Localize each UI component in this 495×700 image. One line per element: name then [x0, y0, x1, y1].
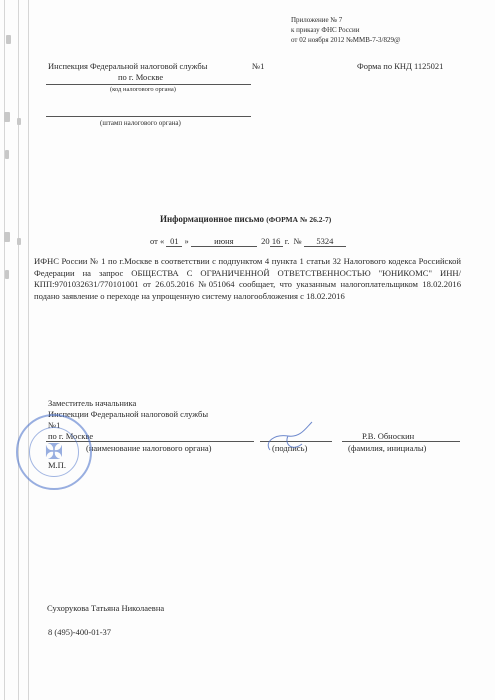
form-code: Форма по КНД 1125021 — [357, 61, 443, 71]
signer-org-line1: Инспекции Федеральной налоговой службы — [48, 409, 208, 419]
document-title: Информационное письмо (ФОРМА № 26.2-7) — [160, 214, 331, 224]
org-caption: (наименование налогового органа) — [86, 443, 212, 453]
date-line: от « 01 » июня 2016 г. № 5324 — [150, 236, 346, 247]
order-label: к приказу ФНС России — [291, 26, 360, 34]
appendix-label: Приложение № 7 — [291, 16, 342, 24]
stamp-caption: (штамп налогового органа) — [100, 119, 181, 127]
scan-edge-artifact — [0, 0, 34, 700]
title-main: Информационное письмо — [160, 214, 264, 224]
date-day: 01 — [166, 236, 182, 247]
signer-name: Р.В. Обноскин — [362, 431, 414, 441]
eagle-emblem-icon: ✠ — [40, 438, 68, 466]
letter-number: 5324 — [304, 236, 346, 247]
handwritten-signature — [262, 420, 332, 460]
order-date: от 02 ноября 2012 №ММВ-7-3/829@ — [291, 36, 400, 44]
date-year: 16 — [270, 236, 283, 247]
official-seal-stamp: ✠ — [16, 414, 92, 490]
authority-name: Инспекция Федеральной налоговой службы — [48, 61, 207, 71]
name-caption: (фамилия, инициалы) — [348, 443, 426, 453]
letter-body: ИФНС России № 1 по г.Москве в соответств… — [34, 256, 461, 303]
executor-phone: 8 (495)-400-01-37 — [48, 627, 111, 637]
signer-position: Заместитель начальника — [48, 398, 136, 408]
authority-city: по г. Москве — [118, 72, 163, 82]
code-caption: (код налогового органа) — [110, 86, 176, 93]
title-form: (ФОРМА № 26.2-7) — [266, 215, 331, 224]
date-month: июня — [191, 236, 257, 247]
authority-number: №1 — [252, 61, 264, 71]
executor-name: Сухорукова Татьяна Николаевна — [47, 603, 164, 613]
